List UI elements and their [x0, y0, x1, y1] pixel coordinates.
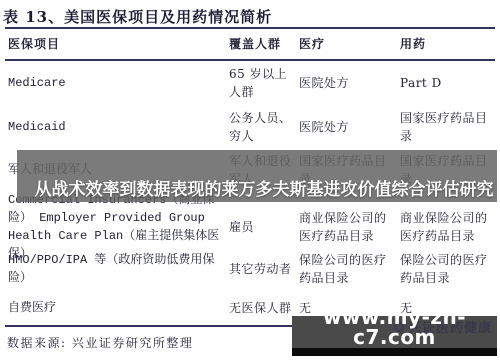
table-row: Medicaid 公务人员、穷人 医院处方 国家医疗药品目录 — [5, 105, 495, 149]
cell-project: HMO/PPO/IPA 等（政府资助低费用保险） — [5, 249, 229, 289]
cell-medical: 医院处方 — [299, 61, 400, 105]
cell-drug: 国家医疗药品目录 — [400, 105, 495, 149]
cell-population: 公务人员、穷人 — [229, 105, 299, 149]
table-row: Medicare 65 岁以上人群 医院处方 Part D — [5, 61, 495, 105]
overlay-banner-text: 从战术效率到数据表现的莱万多夫斯基进攻价值综合评估研究 — [35, 175, 494, 200]
cell-drug: 保险公司的医疗药品目录 — [400, 249, 495, 289]
report-table-page: 表 13、美国医保项目及用药情况简析 医保项目 覆盖人群 医疗 用药 Medic… — [0, 0, 500, 362]
source-note: 数据来源: 兴业证券研究所整理 — [7, 334, 193, 351]
cell-population: 65 岁以上人群 — [229, 61, 299, 105]
cell-medical: 保险公司的医疗药品目录 — [299, 249, 400, 289]
cell-project: Medicare — [5, 61, 229, 105]
cell-project: 自费医疗 — [5, 289, 229, 327]
watermark-bottom-strip — [292, 348, 497, 356]
watermark-url: www.my-zh-c7.com — [292, 316, 497, 347]
watermark-box: 兴证医药健康 www.my-zh-c7.com — [292, 316, 497, 356]
overlay-banner: 从战术效率到数据表现的莱万多夫斯基进攻价值综合评估研究 — [17, 150, 497, 202]
cell-drug: Part D — [400, 61, 495, 105]
header-cell-population: 覆盖人群 — [229, 29, 299, 59]
cell-medical: 医院处方 — [299, 105, 400, 149]
cell-population: 无医保人群 — [229, 289, 299, 327]
cell-population: 其它劳动者 — [229, 249, 299, 289]
table-row: HMO/PPO/IPA 等（政府资助低费用保险） 其它劳动者 保险公司的医疗药品… — [5, 249, 495, 289]
table-header-row: 医保项目 覆盖人群 医疗 用药 — [5, 29, 495, 61]
header-cell-project: 医保项目 — [5, 29, 229, 59]
page-title: 表 13、美国医保项目及用药情况简析 — [3, 6, 272, 27]
cell-project: Medicaid — [5, 105, 229, 149]
header-cell-medical: 医疗 — [299, 29, 400, 59]
header-cell-drug: 用药 — [400, 29, 495, 59]
